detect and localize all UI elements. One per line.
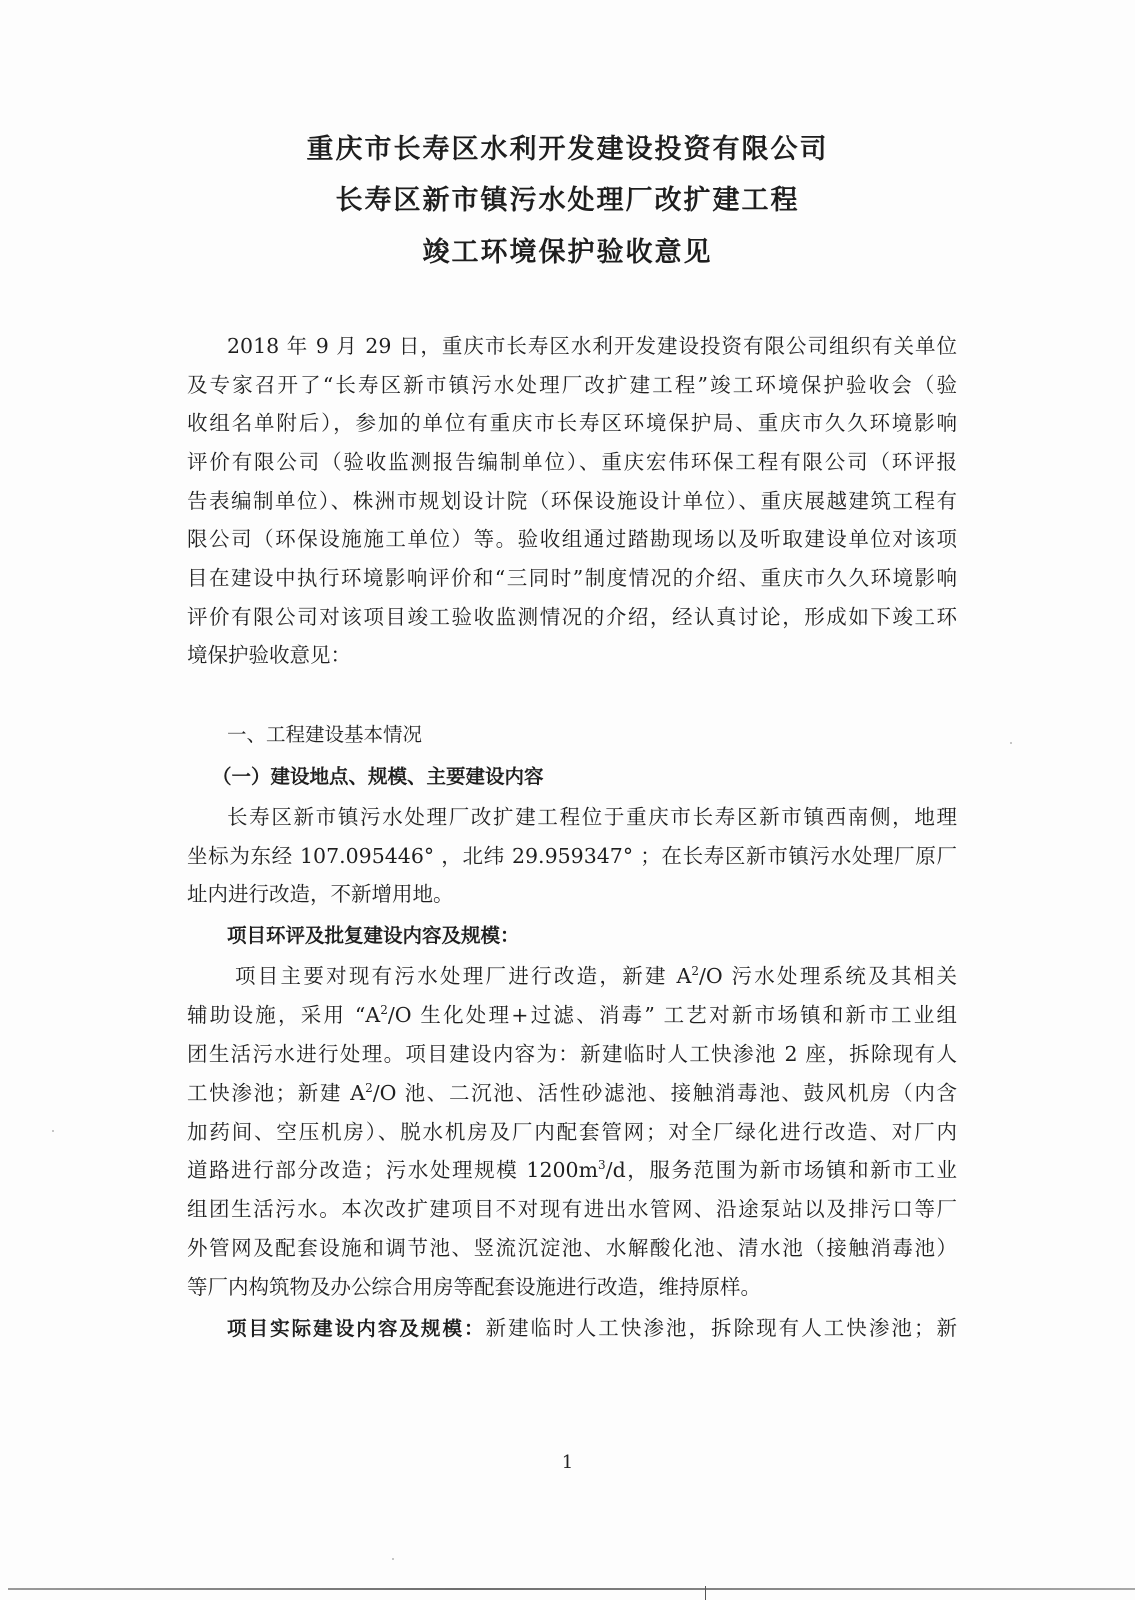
eia-line: 组团生活污水。本次改扩建项目不对现有进出水管网、沿途泵站以及排污口等厂 [187, 1194, 957, 1224]
scan-speck [52, 1130, 54, 1132]
intro-line: 2018 年 9 月 29 日，重庆市长寿区水利开发建设投资有限公司组织有关单位 [187, 331, 957, 361]
intro-line: 收组名单附后），参加的单位有重庆市长寿区环境保护局、重庆市久久环境影响 [187, 408, 957, 438]
intro-line: 评价有限公司对该项目竣工验收监测情况的介绍，经认真讨论，形成如下竣工环 [187, 602, 957, 632]
intro-line: 境保护验收意见： [187, 640, 957, 670]
eia-line: 项目主要对现有污水处理厂进行改造，新建 A2/O 污水处理系统及其相关 [187, 961, 957, 991]
title-project: 长寿区新市镇污水处理厂改扩建工程 [0, 185, 1135, 217]
location-line: 坐标为东经 107.095446° ，北纬 29.959347° ；在长寿区新市… [187, 841, 957, 871]
intro-line: 限公司（环保设施施工单位）等。验收组通过踏勘现场以及听取建设单位对该项 [187, 524, 957, 554]
eia-line: 团生活污水进行处理。项目建设内容为：新建临时人工快渗池 2 座，拆除现有人 [187, 1039, 957, 1069]
eia-heading: 项目环评及批复建设内容及规模： [187, 921, 957, 951]
location-line: 址内进行改造，不新增用地。 [187, 879, 957, 909]
intro-line: 评价有限公司（验收监测报告编制单位）、重庆宏伟环保工程有限公司（环评报 [187, 447, 957, 477]
eia-line: 道路进行部分改造；污水处理规模 1200m3/d，服务范围为新市场镇和新市工业 [187, 1155, 957, 1185]
actual-text: 新建临时人工快渗池，拆除现有人工快渗池；新 [486, 1316, 957, 1340]
intro-line: 告表编制单位）、株洲市规划设计院（环保设施设计单位）、重庆展越建筑工程有 [187, 486, 957, 516]
eia-line: 辅助设施，采用 “A2/O 生化处理+过滤、消毒” 工艺对新市场镇和新市工业组 [187, 1000, 957, 1030]
page-number: 1 [0, 1452, 1135, 1473]
title-company: 重庆市长寿区水利开发建设投资有限公司 [0, 134, 1135, 166]
section-heading: 一、工程建设基本情况 [187, 720, 957, 750]
intro-line: 及专家召开了“长寿区新市镇污水处理厂改扩建工程”竣工环境保护验收会（验 [187, 370, 957, 400]
eia-line: 外管网及配套设施和调节池、竖流沉淀池、水解酸化池、清水池（接触消毒池） [187, 1233, 957, 1263]
scan-edge-rule [8, 1588, 1135, 1590]
scan-speck [1010, 742, 1012, 744]
eia-line: 工快渗池；新建 A2/O 池、二沉池、活性砂滤池、接触消毒池、鼓风机房（内含 [187, 1078, 957, 1108]
eia-line: 等厂内构筑物及办公综合用房等配套设施进行改造，维持原样。 [187, 1272, 957, 1302]
document-page: 重庆市长寿区水利开发建设投资有限公司 长寿区新市镇污水处理厂改扩建工程 竣工环境… [0, 0, 1135, 1600]
eia-line: 加药间、空压机房）、脱水机房及厂内配套管网；对全厂绿化进行改造、对厂内 [187, 1117, 957, 1147]
actual-construction-line: 项目实际建设内容及规模：新建临时人工快渗池，拆除现有人工快渗池；新 [187, 1313, 957, 1343]
location-line: 长寿区新市镇污水处理厂改扩建工程位于重庆市长寿区新市镇西南侧，地理 [187, 802, 957, 832]
scan-speck [392, 1558, 394, 1560]
scan-edge-tick [705, 1586, 706, 1600]
actual-heading: 项目实际建设内容及规模： [227, 1317, 486, 1340]
title-document-type: 竣工环境保护验收意见 [0, 237, 1135, 269]
subsection-heading: （一）建设地点、规模、主要建设内容 [212, 762, 952, 792]
intro-line: 目在建设中执行环境影响评价和“三同时”制度情况的介绍、重庆市久久环境影响 [187, 563, 957, 593]
